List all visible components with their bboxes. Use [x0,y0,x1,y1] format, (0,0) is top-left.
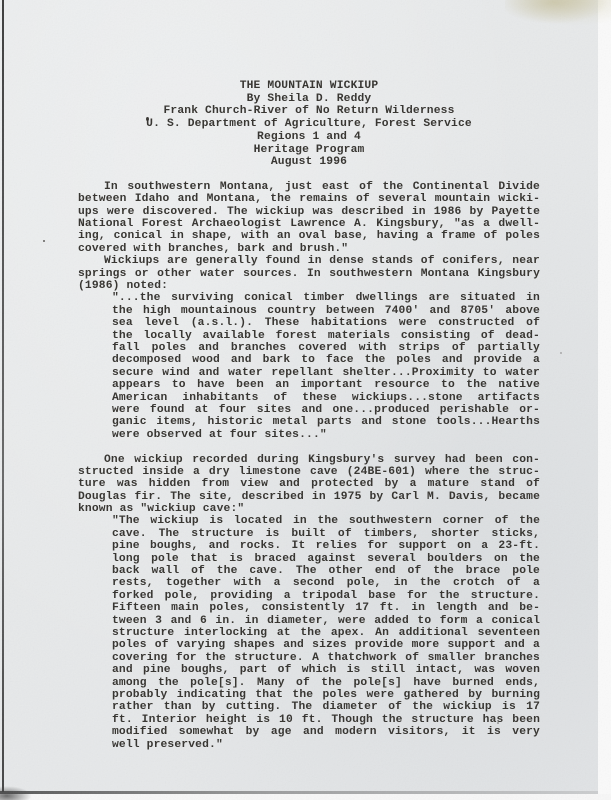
scanner-edge-bottom [0,794,611,800]
corner-smudge [0,786,32,800]
text-line: and pine boughs, part of which is still … [112,664,540,676]
document-title-block: THE MOUNTAIN WICKIUPBy Sheila D. ReddyFr… [78,80,540,169]
text-line: among the pole[s]. Many of the pole[s] h… [112,677,540,689]
text-line: Wickiups are generally found in dense st… [78,255,540,267]
scanned-document-page: THE MOUNTAIN WICKIUPBy Sheila D. ReddyFr… [0,0,611,800]
text-line: covering for the structure. A thatchwork… [112,652,540,664]
page-edge-shadow-bottom [0,791,598,794]
text-line: structure interlocking at the apex. An a… [112,627,540,639]
text-line: American inhabitants of these wickiups..… [112,392,540,404]
text-line: springs or other water sources. In south… [78,268,540,280]
text-line: were observed at four sites..." [112,429,540,441]
title-line: Frank Church-River of No Return Wilderne… [78,105,540,118]
text-line: modified somewhat by age and modern visi… [112,726,540,738]
text-line: One wickiup recorded during Kingsbury's … [78,454,540,466]
paragraph-block: One wickiup recorded during Kingsbury's … [78,454,540,516]
scanner-edge-right [598,0,611,800]
text-line: cave. The structure is built of timbers,… [112,528,540,540]
text-line: well preserved." [112,739,540,751]
text-line: between Idaho and Montana, the remains o… [78,193,540,205]
text-line: long pole that is braced against several… [112,553,540,565]
text-line: Fifteen main poles, consistently 17 ft. … [112,602,540,614]
title-line: August 1996 [78,156,540,169]
quote-block: "...the surviving conical timber dwellin… [112,292,540,441]
text-line: Douglas fir. The site, described in 1975… [78,491,540,503]
text-line: were found at four sites and one...produ… [112,404,540,416]
title-line: By Sheila D. Reddy [78,93,540,106]
text-line: poles of varying shapes and sizes provid… [112,639,540,651]
text-line: secure wind and water repellant shelter.… [112,367,540,379]
text-line: rests, together with a second pole, in t… [112,577,540,589]
ink-speck [43,240,45,242]
text-line: probably indicating that the poles were … [112,689,540,701]
text-line: the locally available forest materials c… [112,330,540,342]
text-line: sea level (a.s.l.). These habitations we… [112,317,540,329]
title-line: Heritage Program [78,144,540,157]
text-line: structed inside a dry limestone cave (24… [78,466,540,478]
title-body-gap [78,169,540,181]
text-line: decomposed wood and bark to face the pol… [112,354,540,366]
text-line: appears to have been an important resour… [112,379,540,391]
text-column: THE MOUNTAIN WICKIUPBy Sheila D. ReddyFr… [78,80,540,751]
text-line: ft. Interior height is 10 ft. Though the… [112,714,540,726]
text-line: ganic items, historic metal parts and st… [112,416,540,428]
text-line: "The wickiup is located in the southwest… [112,515,540,527]
text-line: ups were discovered. The wickiup was des… [78,206,540,218]
ink-speck [560,352,562,354]
page-edge-shadow-left [2,0,4,792]
text-line: In southwestern Montana, just east of th… [78,181,540,193]
text-line: "...the surviving conical timber dwellin… [112,292,540,304]
text-line: fall poles and branches covered with str… [112,342,540,354]
text-line: rather than by cutting. The diameter of … [112,701,540,713]
document-body: In southwestern Montana, just east of th… [78,181,540,751]
text-line: pine boughs, and rocks. It relies for su… [112,540,540,552]
text-line: forked pole, providing a tripodal base f… [112,590,540,602]
paragraph-block: In southwestern Montana, just east of th… [78,181,540,255]
title-line: THE MOUNTAIN WICKIUP [78,80,540,93]
text-line: tween 3 and 6 in. in diameter, were adde… [112,615,540,627]
quote-block: "The wickiup is located in the southwest… [112,515,540,750]
text-line: National Forest Archaeologist Lawrence A… [78,218,540,230]
paragraph-spacer [78,441,540,453]
text-line: known as "wickiup cave:" [78,503,540,515]
text-line: covered with branches, bark and brush." [78,243,540,255]
title-line: Regions 1 and 4 [78,131,540,144]
text-line: the high mountainous country between 740… [112,305,540,317]
text-line: back wall of the cave. The other end of … [112,565,540,577]
text-line: ture was hidden from view and protected … [78,478,540,490]
title-line: U. S. Department of Agriculture, Forest … [78,118,540,131]
paper-stain [505,0,611,26]
text-line: ing, conical in shape, with an oval base… [78,230,540,242]
paragraph-block: Wickiups are generally found in dense st… [78,255,540,292]
text-line: (1986) noted: [78,280,540,292]
